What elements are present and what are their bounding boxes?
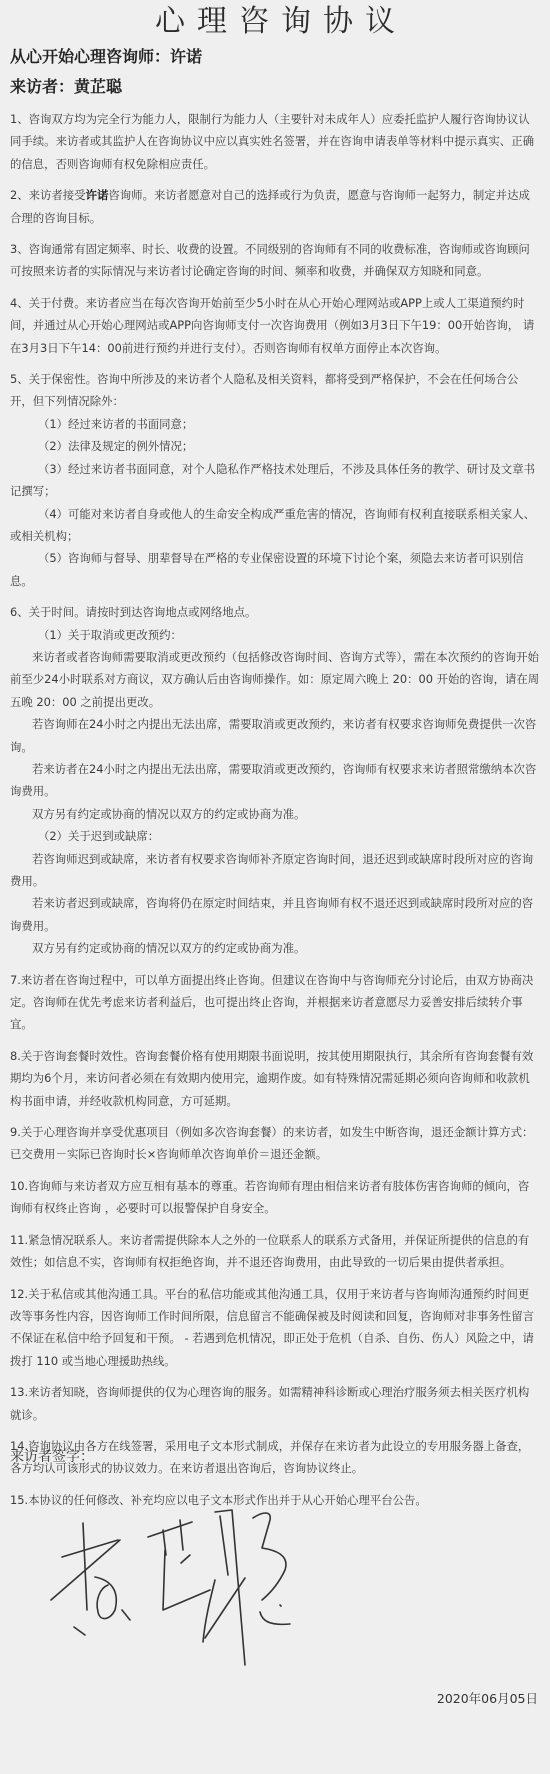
clause-6-sub1-item: 若咨询师在24小时之内提出无法出席，需要取消或更改预约，来访者有权要求咨询师免费… [10,713,540,758]
clause-4: 4、关于付费。来访者应当在每次咨询开始前至少5小时在从心开始心理网站或APP上或… [10,292,540,359]
clause-6-sub1-item: 双方另有约定或协商的情况以双方的约定或协商为准。 [10,803,540,825]
agreement-clauses: 1、咨询双方均为完全行为能力人，限制行为能力人（主要针对未成年人）应委托监护人履… [10,108,540,1520]
clause-6: 6、关于时间。请按时到达咨询地点或网络地点。 （1）关于取消或更改预约： 来访者… [10,601,540,960]
clause-3: 3、咨询通常有固定频率、时长、收费的设置。不同级别的咨询师有不同的收费标准，咨询… [10,238,540,283]
clause-5-item: （2）法律及规定的例外情况； [10,435,540,457]
handwritten-signature [0,1440,550,1774]
clause-1: 1、咨询双方均为完全行为能力人，限制行为能力人（主要针对未成年人）应委托监护人履… [10,108,540,175]
page-title: 心理咨询协议 [0,2,550,42]
clause-5-item: （3）经过来访者书面同意，对个人隐私作严格技术处理后，不涉及具体任务的教学、研讨… [10,458,540,503]
visitor-name: 黄芷聪 [74,77,122,96]
counselor-label: 从心开始心理咨询师： [10,47,170,66]
clause-5-item: （1）经过来访者的书面同意； [10,413,540,435]
counselor-name-inline: 许诺 [86,188,109,202]
clause-7: 7.来访者在咨询过程中，可以单方面提出终止咨询。但建议在咨询中与咨询师充分讨论后… [10,969,540,1036]
visitor-label: 来访者： [10,77,74,96]
clause-6-sub2-item: 若来访者迟到或缺席，咨询将仍在原定时间结束，并且咨询师有权不退还迟到或缺席时段所… [10,892,540,937]
visitor-line: 来访者：黄芷聪 [10,76,122,98]
clause-11: 11.紧急情况联系人。来访者需提供除本人之外的一位联系人的联系方式备用，并保证所… [10,1229,540,1274]
counselor-line: 从心开始心理咨询师：许诺 [10,46,202,68]
clause-2: 2、来访者接受许诺咨询师。来访者愿意对自己的选择或行为负责，愿意与咨询师一起努力… [10,184,540,229]
clause-5: 5、关于保密性。咨询中所涉及的来访者个人隐私及相关资料，都将受到严格保护，不会在… [10,368,540,592]
clause-6-sub2-item: 双方另有约定或协商的情况以双方的约定或协商为准。 [10,937,540,959]
counselor-name: 许诺 [170,47,202,66]
clause-10: 10.咨询师与来访者双方应互相有基本的尊重。若咨询师有理由相信来访者有肢体伤害咨… [10,1175,540,1220]
signature-date: 2020年06月05日 [437,1689,538,1707]
clause-13: 13.来访者知晓，咨询师提供的仅为心理咨询的服务。如需精神科诊断或心理治疗服务须… [10,1381,540,1426]
clause-6-sub1-item: 若来访者在24小时之内提出无法出席，需要取消或更改预约，咨询师有权要求来访者照常… [10,758,540,803]
clause-6-sub2-title: （2）关于迟到或缺席： [10,825,540,847]
clause-6-sub2-item: 若咨询师迟到或缺席，来访者有权要求咨询师补齐原定咨询时间，退还迟到或缺席时段所对… [10,848,540,893]
clause-9: 9.关于心理咨询并享受优惠项目（例如多次咨询套餐）的来访者，如发生中断咨询，退还… [10,1121,540,1166]
clause-5-item: （5）咨询师与督导、朋辈督导在严格的专业保密设置的环境下讨论个案，须隐去来访者可… [10,547,540,592]
clause-6-sub1-item: 来访者或者咨询师需要取消或更改预约（包括修改咨询时间、咨询方式等），需在本次预约… [10,646,540,713]
clause-6-sub1-title: （1）关于取消或更改预约： [10,624,540,646]
clause-5-item: （4）可能对来访者自身或他人的生命安全构成严重危害的情况，咨询师有权利直接联系相… [10,503,540,548]
clause-12: 12.关于私信或其他沟通工具。平台的私信功能或其他沟通工具，仅用于来访者与咨询师… [10,1283,540,1373]
clause-8: 8.关于咨询套餐时效性。咨询套餐价格有使用期限书面说明，按其使用期限执行，其余所… [10,1045,540,1112]
